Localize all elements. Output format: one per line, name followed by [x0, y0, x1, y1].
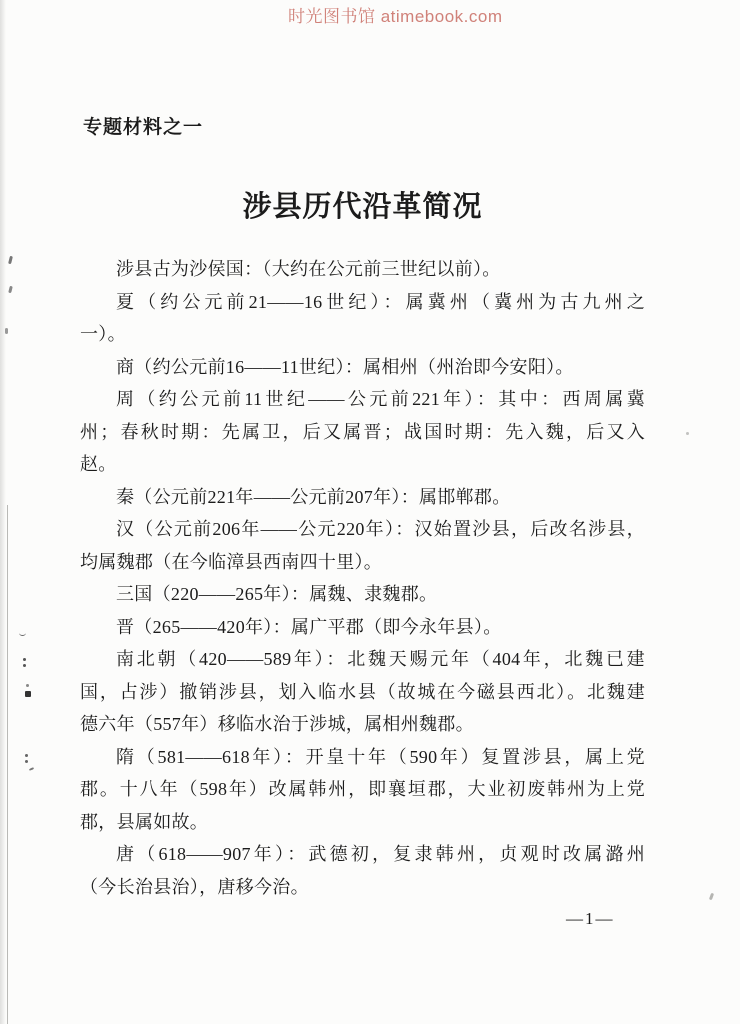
body-line: 州；春秋时期：先属卫，后又属晋；战国时期：先入魏，后又入 — [80, 416, 645, 449]
scan-speck — [8, 256, 13, 264]
body-line: 汉（公元前206年——公元220年）：汉始置沙县，后改名涉县， — [80, 513, 645, 546]
scan-speck — [8, 286, 13, 294]
scan-fold-line — [7, 505, 8, 1024]
page-number: —1— — [566, 909, 615, 929]
body-line: 郡，县属如故。 — [80, 806, 645, 839]
body-line: 郡。十八年（598年）改属韩州，即襄垣郡，大业初废韩州为上党 — [80, 773, 645, 806]
body-line: 德六年（557年）移临水治于涉城，属相州魏郡。 — [80, 708, 645, 741]
body-line: 南北朝（420——589年）：北魏天赐元年（404年，北魏已建 — [80, 643, 645, 676]
page-title: 涉县历代沿革简况 — [80, 184, 645, 225]
body-line: 隋（581——618年）：开皇十年（590年）复置涉县，属上党 — [80, 741, 645, 774]
body-line: 唐（618——907年）：武德初，复隶韩州，贞观时改属潞州 — [80, 838, 645, 871]
body-line: 均属魏郡（在今临漳县西南四十里）。 — [80, 546, 645, 579]
body-line: 涉县古为沙侯国：（大约在公元前三世纪以前）。 — [80, 253, 645, 286]
doc-series-label: 专题材料之一 — [83, 112, 203, 139]
body-line: 三国（220——265年）：属魏、隶魏郡。 — [80, 578, 645, 611]
scan-speck — [25, 754, 28, 757]
scan-speck — [686, 432, 689, 435]
scan-speck — [5, 328, 8, 334]
body-line: 一）。 — [80, 318, 645, 351]
body-line: 赵。 — [80, 448, 645, 481]
scan-speck — [29, 767, 34, 771]
body-line: 秦（公元前221年——公元前207年）：属邯郸郡。 — [80, 481, 645, 514]
scan-speck — [26, 684, 29, 687]
scan-speck — [25, 691, 31, 697]
body-line: 国，占涉）撤销涉县，划入临水县（故城在今磁县西北）。北魏建 — [80, 676, 645, 709]
site-watermark: 时光图书馆 atimebook.com — [288, 2, 503, 27]
scan-speck — [709, 893, 714, 901]
body-line: 商（约公元前16——11世纪）：属相州（州治即今安阳）。 — [80, 351, 645, 384]
scan-speck — [23, 658, 26, 661]
body-line: （今长治县治），唐移今治。 — [80, 871, 645, 904]
scan-speck — [19, 630, 26, 636]
body-line: 晋（265——420年）：属广平郡（即今永年县）。 — [80, 611, 645, 644]
scanned-document-page: 时光图书馆 atimebook.com 专题材料之一 涉县历代沿革简况 涉县古为… — [0, 0, 740, 1024]
document-body: 涉县古为沙侯国：（大约在公元前三世纪以前）。 夏（约公元前21——16世纪）：属… — [80, 253, 645, 903]
body-line: 夏（约公元前21——16世纪）：属冀州（冀州为古九州之 — [80, 286, 645, 319]
body-line: 周（约公元前11世纪——公元前221年）：其中：西周属冀 — [80, 383, 645, 416]
